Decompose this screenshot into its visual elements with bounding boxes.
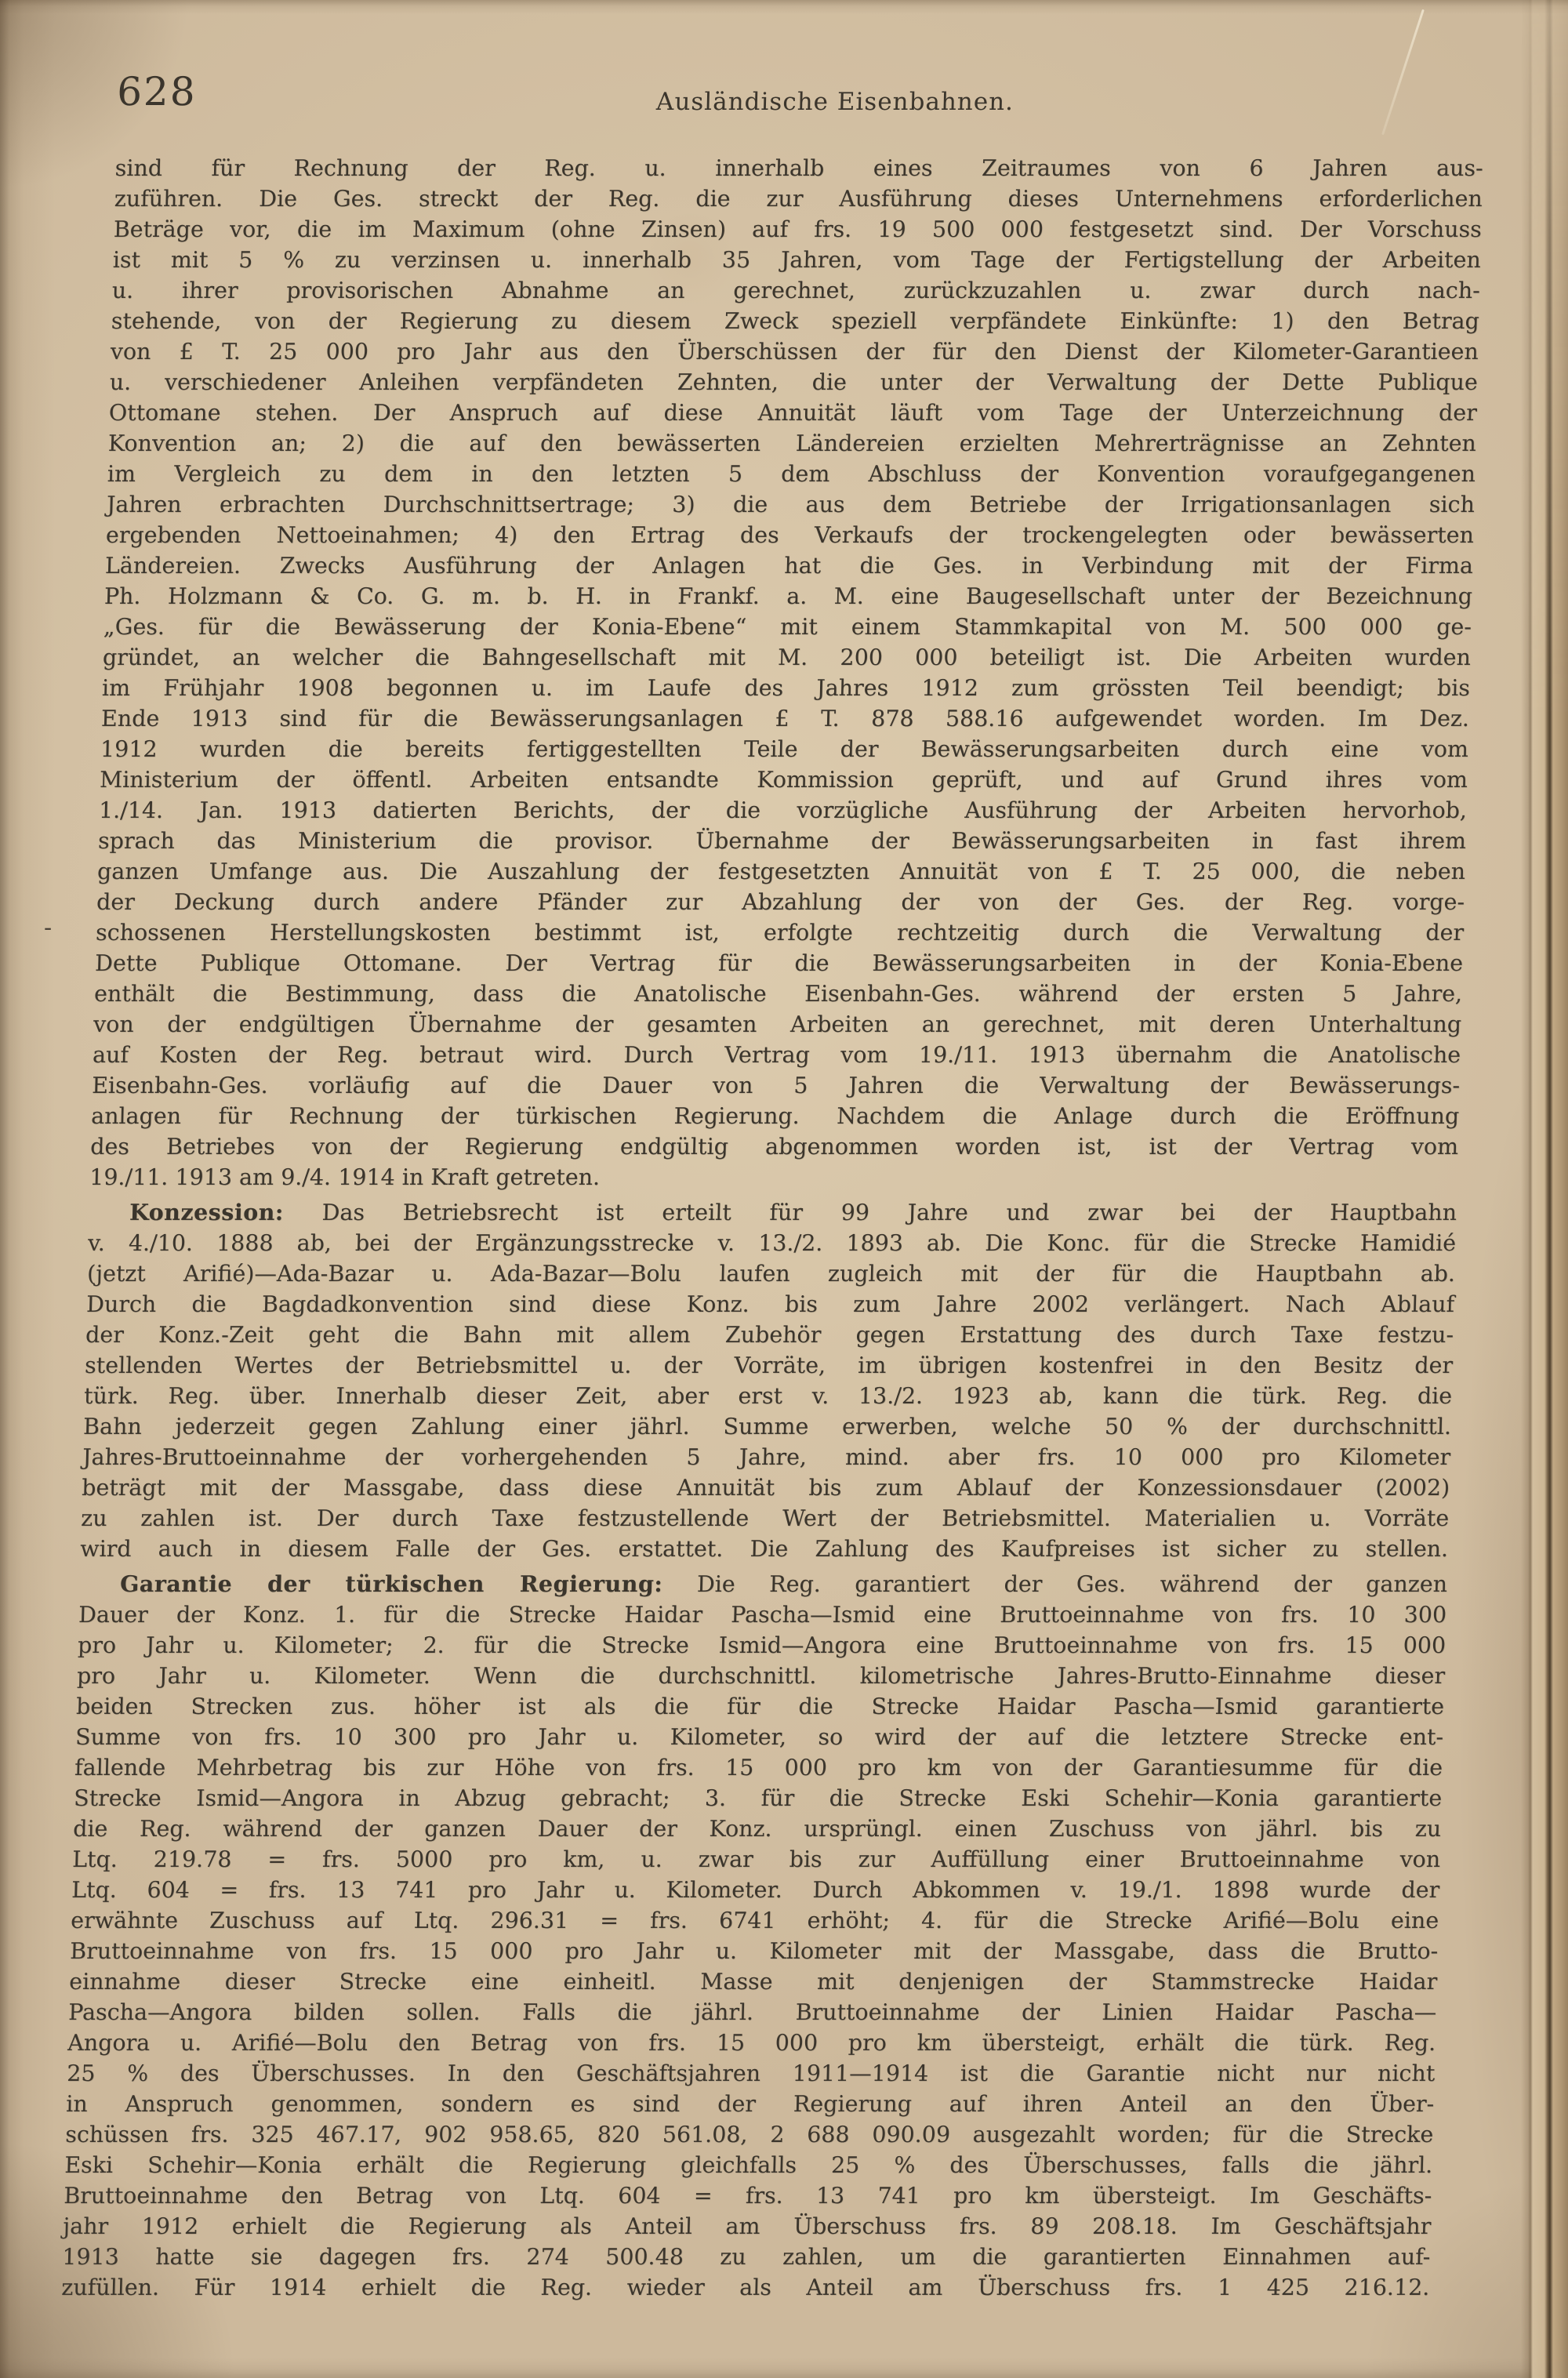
- text-line: (jetzt Arifié)—Ada-Bazar u. Ada-Bazar—Bo…: [87, 1258, 1456, 1289]
- text-line: im Vergleich zu dem in den letzten 5 dem…: [107, 459, 1475, 489]
- text-line: Ltq. 604 = frs. 13 741 pro Jahr u. Kilom…: [71, 1875, 1440, 1905]
- text-line: Beträge vor, die im Maximum (ohne Zinsen…: [113, 214, 1482, 245]
- book-page-edges: [1521, 0, 1568, 2378]
- text-line: Ottomane stehen. Der Anspruch auf diese …: [108, 398, 1477, 428]
- text-line: einnahme dieser Strecke eine einheitl. M…: [69, 1966, 1438, 1997]
- text-line: Ltq. 219.78 = frs. 5000 pro km, u. zwar …: [72, 1844, 1441, 1875]
- text-line: die Reg. während der ganzen Dauer der Ko…: [73, 1813, 1442, 1844]
- text-line: 1./14. Jan. 1913 datierten Berichts, der…: [99, 795, 1468, 826]
- text-line: zu zahlen ist. Der durch Taxe festzustel…: [81, 1503, 1450, 1534]
- text-line: Jahren erbrachten Durchschnittsertrage; …: [106, 489, 1475, 520]
- text-line: enthält die Bestimmung, dass die Anatoli…: [94, 978, 1463, 1009]
- text-line: wird auch in diesem Falle der Ges. ersta…: [80, 1534, 1449, 1564]
- text-line: der Konz.-Zeit geht die Bahn mit allem Z…: [85, 1320, 1454, 1350]
- text-line: Durch die Bagdadkonvention sind diese Ko…: [86, 1289, 1455, 1320]
- text-line: von der endgültigen Übernahme der gesamt…: [93, 1009, 1462, 1040]
- paragraph-lead: Garantie der türkischen Regierung:: [120, 1570, 663, 1597]
- page-header: 628 Ausländische Eisenbahnen.: [115, 69, 1486, 153]
- margin-mark: -: [44, 914, 52, 942]
- text-line: „Ges. für die Bewässerung der Konia-Eben…: [103, 612, 1472, 642]
- text-line: schossenen Herstellungskosten bestimmt i…: [96, 917, 1465, 948]
- scan-content: 628 Ausländische Eisenbahnen. sind für R…: [61, 69, 1486, 2303]
- text-line: Jahres-Bruttoeinnahme der vorhergehenden…: [82, 1442, 1451, 1472]
- text-line: Garantie der türkischen Regierung: Die R…: [79, 1569, 1448, 1599]
- text-line: sind für Rechnung der Reg. u. innerhalb …: [114, 153, 1483, 183]
- text-line: Ende 1913 sind für die Bewässerungsanlag…: [101, 703, 1470, 734]
- text-line: v. 4./10. 1888 ab, bei der Ergänzungsstr…: [88, 1228, 1457, 1258]
- text-line: 1912 wurden die bereits fertiggestellten…: [100, 734, 1469, 764]
- text-line: Eski Schehir—Konia erhält die Regierung …: [64, 2150, 1433, 2180]
- text-line: gründet, an welcher die Bahngesellschaft…: [103, 642, 1472, 673]
- text-line: Konvention an; 2) die auf den bewässerte…: [107, 428, 1476, 459]
- text-line: ist mit 5 % zu verzinsen u. innerhalb 35…: [112, 245, 1481, 275]
- text-line: u. ihrer provisorischen Abnahme an gerec…: [111, 275, 1480, 306]
- text-line: Konzession: Das Betriebsrecht ist erteil…: [89, 1197, 1457, 1228]
- text-line: erwähnte Zuschuss auf Ltq. 296.31 = frs.…: [71, 1905, 1439, 1936]
- text-line: fallende Mehrbetrag bis zur Höhe von frs…: [74, 1752, 1443, 1783]
- text-line: Pascha—Angora bilden sollen. Falls die j…: [68, 1997, 1437, 2028]
- text-line: auf Kosten der Reg. betraut wird. Durch …: [93, 1040, 1461, 1070]
- scanned-page: - 628 Ausländische Eisenbahnen. sind für…: [0, 0, 1568, 2378]
- text-line: Bahn jederzeit gegen Zahlung einer jährl…: [83, 1411, 1452, 1442]
- text-line: Ländereien. Zwecks Ausführung der Anlage…: [104, 550, 1473, 581]
- text-line: 25 % des Überschusses. In den Geschäftsj…: [67, 2058, 1436, 2089]
- text-line: Ph. Holzmann & Co. G. m. b. H. in Frankf…: [103, 581, 1472, 612]
- text-line: ganzen Umfange aus. Die Auszahlung der f…: [97, 856, 1466, 887]
- text-line: Strecke Ismid—Angora in Abzug gebracht; …: [74, 1783, 1443, 1813]
- text-line: beiden Strecken zus. höher ist als die f…: [76, 1691, 1445, 1722]
- text-line: ergebenden Nettoeinahmen; 4) den Ertrag …: [105, 520, 1474, 550]
- text-line: Bruttoeinnahme von frs. 15 000 pro Jahr …: [70, 1936, 1439, 1966]
- paragraph-lead: Konzession:: [129, 1199, 285, 1225]
- text-line: beträgt mit der Massgabe, dass diese Ann…: [82, 1472, 1450, 1503]
- text-line: Bruttoeinnahme den Betrag von Ltq. 604 =…: [64, 2180, 1432, 2211]
- text-line: stehende, von der Regierung zu diesem Zw…: [111, 306, 1479, 336]
- text-line: von £ T. 25 000 pro Jahr aus den Übersch…: [110, 336, 1479, 367]
- text-line: zufüllen. Für 1914 erhielt die Reg. wied…: [61, 2272, 1430, 2303]
- text-line: Dauer der Konz. 1. für die Strecke Haida…: [78, 1599, 1447, 1630]
- text-line: der Deckung durch andere Pfänder zur Abz…: [96, 887, 1465, 917]
- page-root: { "page": { "number": "628", "title": "A…: [0, 0, 1568, 2378]
- text-line: u. verschiedener Anleihen verpfändeten Z…: [109, 367, 1478, 398]
- text-line: schüssen frs. 325 467.17, 902 958.65, 82…: [65, 2119, 1434, 2150]
- text-line: 1913 hatte sie dagegen frs. 274 500.48 z…: [62, 2242, 1431, 2272]
- text-line: zuführen. Die Ges. streckt der Reg. die …: [114, 183, 1483, 214]
- text-line: sprach das Ministerium die provisor. Übe…: [98, 826, 1467, 856]
- text-line: pro Jahr u. Kilometer; 2. für die Streck…: [78, 1630, 1446, 1661]
- text-line: jahr 1912 erhielt die Regierung als Ante…: [63, 2211, 1432, 2242]
- text-line: in Anspruch genommen, sondern es sind de…: [66, 2089, 1435, 2119]
- text-line: des Betriebes von der Regierung endgülti…: [90, 1131, 1459, 1162]
- text-line: türk. Reg. über. Innerhalb dieser Zeit, …: [84, 1381, 1453, 1411]
- text-line: anlagen für Rechnung der türkischen Regi…: [91, 1101, 1460, 1131]
- text-block: sind für Rechnung der Reg. u. innerhalb …: [61, 153, 1483, 2303]
- text-line: stellenden Wertes der Betriebsmittel u. …: [85, 1350, 1454, 1381]
- running-title: Ausländische Eisenbahnen.: [656, 88, 1014, 116]
- text-line: Eisenbahn-Ges. vorläufig auf die Dauer v…: [92, 1070, 1461, 1101]
- text-line: 19./11. 1913 am 9./4. 1914 in Kraft getr…: [89, 1162, 1458, 1193]
- text-line: Angora u. Arifié—Bolu den Betrag von frs…: [67, 2028, 1436, 2058]
- text-line: pro Jahr u. Kilometer. Wenn die durchsch…: [77, 1661, 1446, 1691]
- text-line: Dette Publique Ottomane. Der Vertrag für…: [95, 948, 1464, 978]
- text-line: Ministerium der öffentl. Arbeiten entsan…: [100, 764, 1468, 795]
- text-line: im Frühjahr 1908 begonnen u. im Laufe de…: [102, 673, 1471, 703]
- text-line: Summe von frs. 10 300 pro Jahr u. Kilome…: [75, 1722, 1444, 1752]
- page-number: 628: [117, 72, 198, 111]
